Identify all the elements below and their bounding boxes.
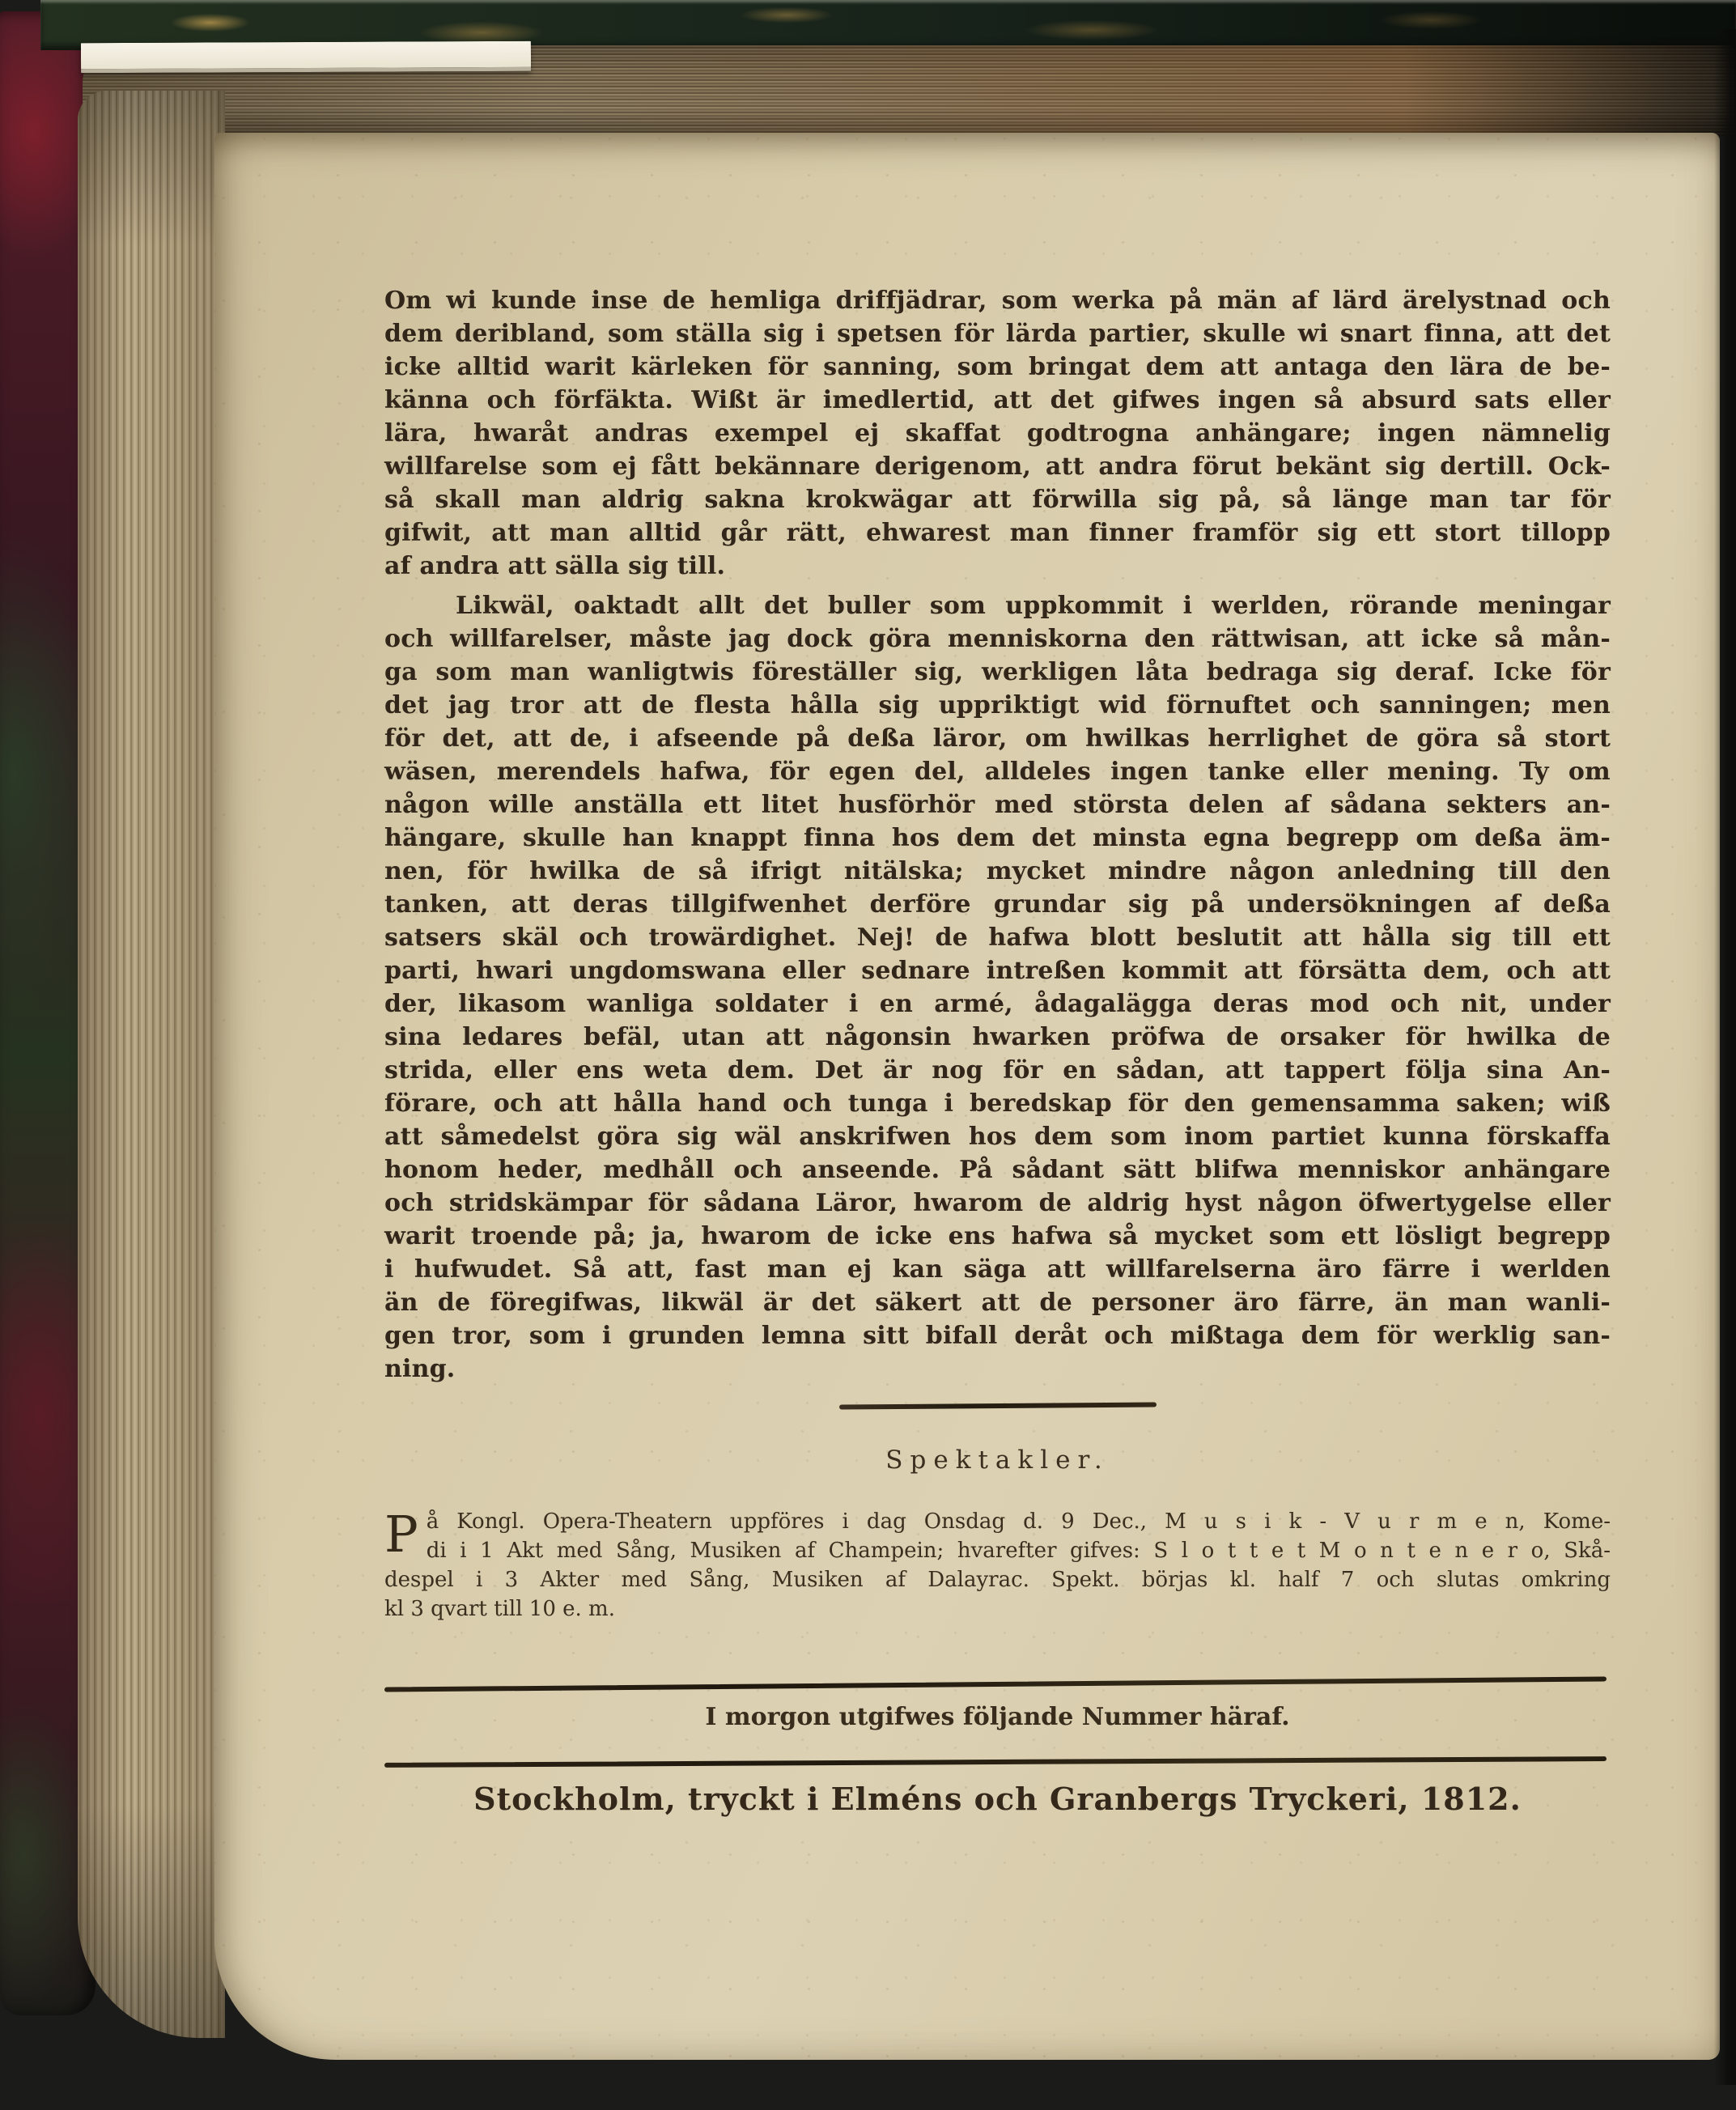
text-line: ga som man wanligtwis föreställer sig, w… — [384, 656, 1611, 689]
text-line: honom heder, medhåll och anseende. På så… — [384, 1153, 1611, 1187]
text-line: warit troende på; ja, hwarom de icke ens… — [384, 1220, 1611, 1253]
text-line: att såmedelst göra sig wäl anskrifwen ho… — [384, 1120, 1611, 1153]
theater-notice-lines: å Kongl. Opera-Theatern uppföres i dag O… — [384, 1507, 1611, 1624]
section-divider-rule — [838, 1402, 1156, 1409]
text-line: dem deribland, som ställa sig i spetsen … — [384, 317, 1611, 350]
text-line: parti, hwari ungdomswana eller sednare i… — [384, 954, 1611, 987]
text-line: så skall man aldrig sakna krokwägar att … — [384, 483, 1611, 516]
drop-cap-initial: P — [384, 1507, 427, 1560]
text-line: förare, och att hålla hand och tunga i b… — [384, 1087, 1611, 1120]
text-line: willfarelse som ej fått bekännare derige… — [384, 450, 1611, 483]
text-line: wäsen, merendels hafwa, för egen del, al… — [384, 755, 1611, 788]
text-line: satsers skäl och trowärdighet. Nej! de h… — [384, 921, 1611, 954]
text-line: despel i 3 Akter med Sång, Musiken af Da… — [384, 1565, 1611, 1594]
text-line: och stridskämpar för sådana Läror, hwaro… — [384, 1187, 1611, 1220]
text-line: icke alltid warit kärleken för sanning, … — [384, 350, 1611, 384]
theater-notice: P å Kongl. Opera-Theatern uppföres i dag… — [384, 1507, 1611, 1624]
text-line: der, likasom wanliga soldater i en armé,… — [384, 987, 1611, 1021]
text-line: för det, att de, i afseende på deßa läro… — [384, 722, 1611, 755]
paragraph-1: Om wi kunde inse de hemliga driffjädrar,… — [384, 284, 1611, 583]
text-line: di i 1 Akt med Sång, Musiken af Champein… — [384, 1536, 1611, 1565]
paragraph-2: Likwäl, oaktadt allt det buller som uppk… — [384, 589, 1611, 1386]
text-line: någon wille anställa ett litet husförhör… — [384, 788, 1611, 821]
text-line: Om wi kunde inse de hemliga driffjädrar,… — [384, 284, 1611, 317]
next-issue-notice: I morgon utgifwes följande Nummer häraf. — [384, 1700, 1611, 1735]
text-line: nen, för hwilka de så ifrigt nitälska; m… — [384, 855, 1611, 888]
text-line: än de föregifwas, likwäl är det säkert a… — [384, 1286, 1611, 1319]
section-heading-spektakler: Spektakler. — [384, 1446, 1611, 1475]
text-line: lära, hwaråt andras exempel ej skaffat g… — [384, 417, 1611, 450]
text-line: af andra att sälla sig till. — [384, 550, 1611, 583]
text-line: å Kongl. Opera-Theatern uppföres i dag O… — [384, 1507, 1611, 1536]
imprint-line: Stockholm, tryckt i Elméns och Granbergs… — [384, 1779, 1611, 1819]
text-line: ning. — [384, 1352, 1611, 1386]
footer-divider-2 — [384, 1756, 1607, 1768]
text-line: tanken, att deras tillgifwenhet derföre … — [384, 888, 1611, 921]
book-page: Om wi kunde inse de hemliga driffjädrar,… — [214, 133, 1720, 2060]
footer-divider-1 — [384, 1676, 1607, 1692]
page-fore-edge-left — [78, 91, 225, 2038]
text-line: känna och förfäkta. Wißt är imedlertid, … — [384, 384, 1611, 417]
text-line: och willfarelser, måste jag dock göra me… — [384, 622, 1611, 656]
text-line: gifwit, att man alltid går rätt, ehwares… — [384, 516, 1611, 550]
text-line: strida, eller ens weta dem. Det är nog f… — [384, 1054, 1611, 1087]
text-line: det jag tror att de flesta hålla sig upp… — [384, 689, 1611, 722]
text-line: sina ledares befäl, utan att någonsin hw… — [384, 1021, 1611, 1054]
text-line: gen tror, som i grunden lemna sitt bifal… — [384, 1319, 1611, 1352]
text-line: hängare, skulle han knappt finna hos dem… — [384, 821, 1611, 855]
bookmark-slip — [81, 41, 531, 73]
book-page-scan: { "body": { "paragraph1": [ "Om wi kunde… — [0, 0, 1736, 2110]
page-right-shadow — [1714, 29, 1736, 2085]
printed-text-block: Om wi kunde inse de hemliga driffjädrar,… — [384, 284, 1611, 1819]
text-line: i hufwudet. Så att, fast man ej kan säga… — [384, 1253, 1611, 1286]
text-line: Likwäl, oaktadt allt det buller som uppk… — [384, 589, 1611, 622]
text-line: kl 3 qvart till 10 e. m. — [384, 1594, 1611, 1624]
